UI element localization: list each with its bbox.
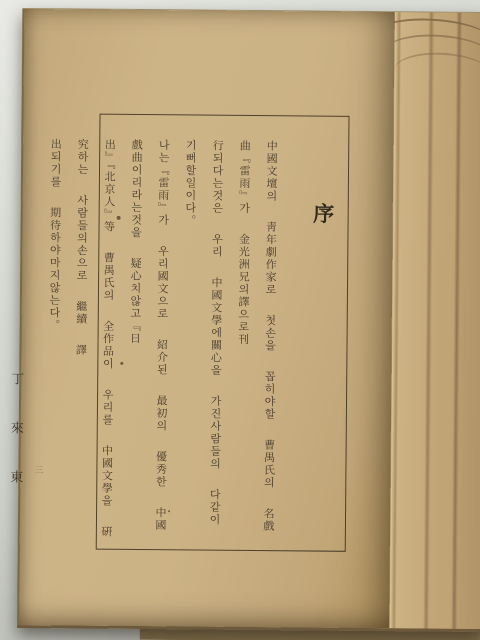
- text-columns: 中國文壇의 靑年劇作家로 첫손을 꼽히야할 曹禺氏의 名戲曲『雷雨』가 金光洲兄…: [38, 138, 284, 540]
- preface-title: 序: [305, 140, 338, 540]
- paper-speck: [120, 362, 123, 365]
- page-number: 三: [32, 465, 45, 474]
- text-frame: 序 中國文壇의 靑年劇作家로 첫손을 꼽히야할 曹禺氏의 名戲曲『雷雨』가 金光…: [96, 114, 350, 552]
- book: 序 中國文壇의 靑年劇作家로 첫손을 꼽히야할 曹禺氏의 名戲曲『雷雨』가 金光…: [17, 8, 480, 632]
- text-column: 出되기를 期待하야마지않는다。: [38, 138, 68, 538]
- page-stack-fore-edge: [387, 12, 480, 629]
- text-column: 出』『北京人』等 曹禺氏의 全作品이 우리를 中國文學을 硏究하는 사람들의손으…: [65, 138, 122, 538]
- open-page: 序 中國文壇의 靑年劇作家로 첫손을 꼽히야할 曹禺氏의 名戲曲『雷雨』가 金光…: [17, 9, 394, 628]
- photo-backdrop: 序 中國文壇의 靑年劇作家로 첫손을 꼽히야할 曹禺氏의 名戲曲『雷雨』가 金光…: [0, 0, 480, 640]
- text-column: 行되다는것은 우리 中國文學에關心을 가진사람들의 다같이 기뻐할일이다。: [173, 139, 230, 539]
- text-column: 中國文壇의 靑年劇作家로 첫손을 꼽히야할 曹禺氏의 名戲曲『雷雨』가 金光洲兄…: [227, 140, 284, 540]
- paper-speck: [168, 510, 170, 512]
- vertical-text-block: 序 中國文壇의 靑年劇作家로 첫손을 꼽히야할 曹禺氏의 名戲曲『雷雨』가 金光…: [97, 115, 349, 551]
- text-column: 나는『雷雨』가 우리國文으로 紹介된 最初의 優秀한 中國戲曲이리라는것을 疑心…: [119, 139, 176, 539]
- author-signature: 丁來東: [0, 138, 33, 538]
- paper-speck: [117, 216, 121, 220]
